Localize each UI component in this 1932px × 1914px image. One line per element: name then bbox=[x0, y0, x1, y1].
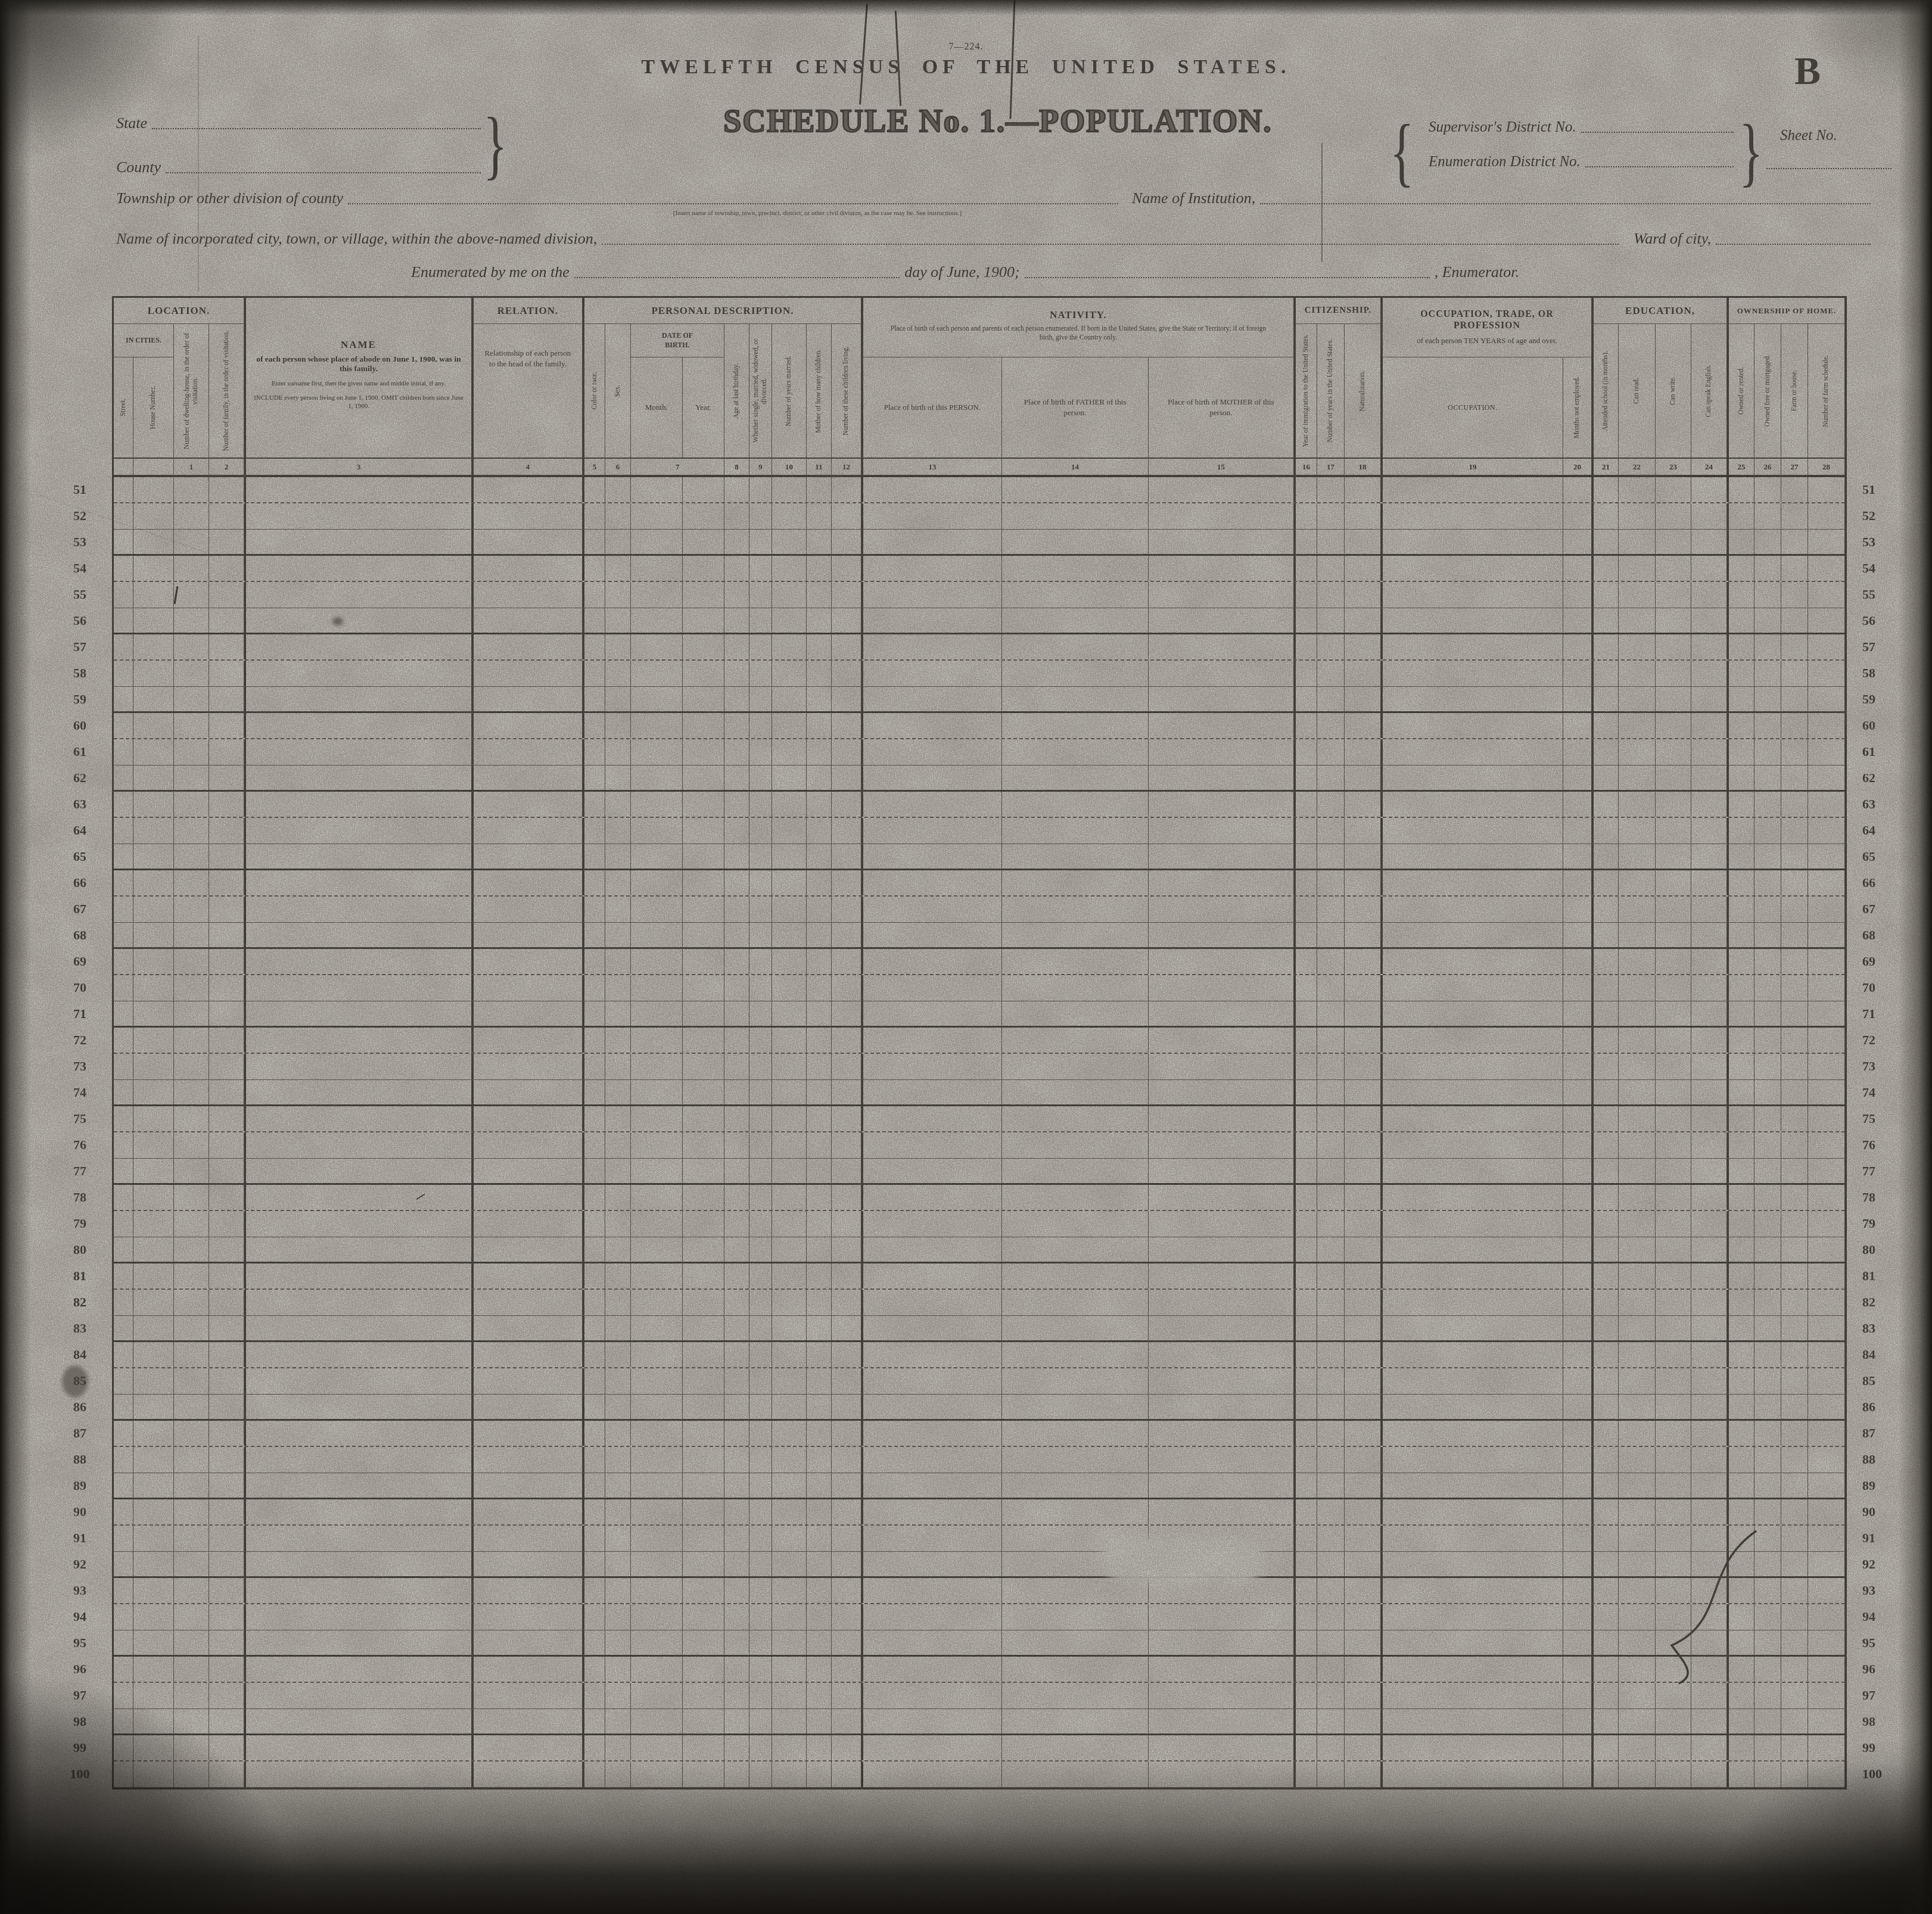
grid-cell bbox=[1727, 975, 1754, 1001]
grid-cell bbox=[724, 634, 749, 659]
grid-cell bbox=[1754, 739, 1781, 765]
grid-cell bbox=[1727, 1499, 1754, 1524]
grid-cell bbox=[605, 687, 631, 711]
grid-cell bbox=[133, 949, 174, 974]
grid-cell bbox=[1592, 1263, 1619, 1289]
grid-cell bbox=[1317, 1001, 1345, 1026]
grid-cell bbox=[1592, 1395, 1619, 1419]
grid-cell bbox=[1691, 582, 1727, 608]
grid-cell bbox=[1563, 765, 1592, 790]
grid-cell bbox=[807, 1657, 832, 1682]
grid-cell bbox=[1381, 687, 1563, 711]
grid-cell bbox=[1002, 687, 1149, 711]
grid-cell bbox=[174, 1237, 209, 1262]
grid-cell bbox=[1781, 1211, 1808, 1237]
grid-cell bbox=[631, 1185, 683, 1210]
grid-cell bbox=[832, 1604, 861, 1630]
grid-cell bbox=[807, 1237, 832, 1262]
grid-cell bbox=[583, 739, 605, 765]
table-row bbox=[114, 765, 1845, 792]
grid-cell bbox=[174, 1316, 209, 1340]
row-number: 95 bbox=[1862, 1630, 1908, 1657]
grid-cell bbox=[631, 503, 683, 529]
row-number: 94 bbox=[1862, 1604, 1908, 1630]
grid-cell bbox=[1002, 1263, 1149, 1289]
row-number: 85 bbox=[1862, 1368, 1908, 1395]
section-occupation: OCCUPATION, TRADE, OR PROFESSION of each… bbox=[1381, 298, 1592, 357]
grid-cell bbox=[832, 1709, 861, 1734]
grid-cell bbox=[605, 792, 631, 817]
grid-cell bbox=[1727, 1447, 1754, 1473]
grid-cell bbox=[1381, 1709, 1563, 1734]
grid-cell bbox=[114, 661, 133, 686]
column-number: 24 bbox=[1691, 458, 1727, 475]
column-number: 28 bbox=[1808, 458, 1845, 475]
grid-cell bbox=[631, 1316, 683, 1340]
grid-cell bbox=[1345, 477, 1381, 502]
grid-cell bbox=[1592, 1473, 1619, 1498]
grid-cell bbox=[1619, 1709, 1656, 1734]
grid-cell bbox=[209, 1185, 244, 1210]
grid-cell bbox=[1754, 582, 1781, 608]
grid-cell bbox=[1781, 582, 1808, 608]
table-row bbox=[114, 1604, 1845, 1630]
grid-cell bbox=[472, 1683, 583, 1708]
grid-cell bbox=[1002, 1578, 1149, 1603]
grid-cell bbox=[724, 1735, 749, 1760]
grid-cell bbox=[832, 792, 861, 817]
grid-cell bbox=[114, 1185, 133, 1210]
grid-cell bbox=[1294, 1604, 1317, 1630]
grid-cell bbox=[605, 844, 631, 869]
col-10-header: Number of years married. bbox=[772, 324, 807, 458]
grid-cell bbox=[1294, 713, 1317, 738]
grid-cell bbox=[1317, 923, 1345, 947]
grid-cell bbox=[1754, 634, 1781, 659]
grid-cell bbox=[174, 792, 209, 817]
grid-cell bbox=[133, 1447, 174, 1473]
grid-cell bbox=[114, 870, 133, 895]
grid-cell bbox=[1619, 1211, 1656, 1237]
grid-cell bbox=[1563, 1080, 1592, 1104]
grid-cell bbox=[1294, 1657, 1317, 1682]
grid-cell bbox=[1691, 1342, 1727, 1367]
grid-cell bbox=[1345, 949, 1381, 974]
grid-cell bbox=[1754, 1159, 1781, 1183]
grid-cell bbox=[1563, 1735, 1592, 1760]
grid-cell bbox=[724, 1001, 749, 1026]
grid-cell bbox=[605, 713, 631, 738]
grid-cell bbox=[1317, 792, 1345, 817]
grid-cell bbox=[1754, 1473, 1781, 1498]
grid-cell bbox=[209, 1368, 244, 1394]
grid-cell bbox=[244, 1211, 472, 1237]
grid-cell bbox=[1149, 923, 1294, 947]
grid-cell bbox=[1619, 503, 1656, 529]
grid-cell bbox=[1592, 556, 1619, 581]
grid-cell bbox=[749, 1263, 772, 1289]
grid-cell bbox=[1808, 1106, 1845, 1131]
grid-cell bbox=[1781, 1578, 1808, 1603]
grid-cell bbox=[1781, 713, 1808, 738]
grid-cell bbox=[605, 556, 631, 581]
grid-cell bbox=[174, 556, 209, 581]
grid-cell bbox=[749, 1054, 772, 1079]
ink-smudge bbox=[332, 617, 343, 625]
grid-cell bbox=[1592, 765, 1619, 790]
grid-cell bbox=[832, 1735, 861, 1760]
grid-cell bbox=[1619, 661, 1656, 686]
grid-cell bbox=[244, 530, 472, 554]
grid-cell bbox=[244, 1683, 472, 1708]
grid-cell bbox=[1691, 634, 1727, 659]
table-row bbox=[114, 1028, 1845, 1054]
grid-cell bbox=[583, 556, 605, 581]
grid-cell bbox=[174, 1683, 209, 1708]
grid-cell bbox=[583, 1263, 605, 1289]
grid-cell bbox=[832, 1552, 861, 1576]
grid-cell bbox=[1656, 1001, 1691, 1026]
grid-cell bbox=[772, 1421, 807, 1446]
grid-cell bbox=[1691, 1290, 1727, 1315]
grid-cell bbox=[832, 1028, 861, 1053]
grid-cell bbox=[1656, 1054, 1691, 1079]
grid-cell bbox=[1691, 765, 1727, 790]
row-number: 93 bbox=[1862, 1578, 1908, 1604]
grid-cell bbox=[583, 1526, 605, 1551]
grid-cell bbox=[1381, 1316, 1563, 1340]
row-number: 99 bbox=[52, 1735, 107, 1761]
grid-cell bbox=[1592, 1578, 1619, 1603]
table-row bbox=[114, 1630, 1845, 1657]
grid-cell bbox=[683, 923, 724, 947]
grid-cell bbox=[1619, 923, 1656, 947]
grid-cell bbox=[209, 1657, 244, 1682]
grid-cell bbox=[832, 1395, 861, 1419]
grid-cell bbox=[631, 1526, 683, 1551]
grid-cell bbox=[772, 1185, 807, 1210]
grid-cell bbox=[861, 1159, 1002, 1183]
grid-cell bbox=[1317, 687, 1345, 711]
grid-cell bbox=[605, 1473, 631, 1498]
grid-cell bbox=[1781, 1342, 1808, 1367]
grid-cell bbox=[1691, 608, 1727, 633]
grid-cell bbox=[1727, 1211, 1754, 1237]
grid-cell bbox=[1727, 1290, 1754, 1315]
grid-cell bbox=[807, 1185, 832, 1210]
grid-cell bbox=[133, 1132, 174, 1158]
grid-cell bbox=[861, 1290, 1002, 1315]
column-number: 17 bbox=[1317, 458, 1345, 475]
grid-cell bbox=[832, 687, 861, 711]
grid-cell bbox=[244, 818, 472, 844]
grid-cell bbox=[772, 870, 807, 895]
grid-cell bbox=[1345, 1499, 1381, 1524]
grid-cell bbox=[114, 1001, 133, 1026]
grid-cell bbox=[683, 1001, 724, 1026]
row-number: 56 bbox=[52, 608, 107, 634]
grid-cell bbox=[1002, 713, 1149, 738]
grid-cell bbox=[1381, 818, 1563, 844]
grid-cell bbox=[683, 1132, 724, 1158]
grid-cell bbox=[724, 792, 749, 817]
grid-cell bbox=[1381, 1159, 1563, 1183]
city-label: Name of incorporated city, town, or vill… bbox=[116, 230, 597, 248]
grid-cell bbox=[724, 1526, 749, 1551]
grid-cell bbox=[631, 975, 683, 1001]
grid-cell bbox=[724, 1761, 749, 1787]
grid-cell bbox=[1345, 1657, 1381, 1682]
grid-cell bbox=[1691, 1054, 1727, 1079]
grid-cell bbox=[174, 765, 209, 790]
grid-cell bbox=[1781, 1106, 1808, 1131]
grid-cell bbox=[1808, 582, 1845, 608]
grid-cell bbox=[772, 634, 807, 659]
table-row bbox=[114, 1159, 1845, 1185]
grid-cell bbox=[772, 1526, 807, 1551]
grid-cell bbox=[1656, 1106, 1691, 1131]
grid-cell bbox=[1754, 1761, 1781, 1787]
row-number: 54 bbox=[52, 556, 107, 582]
grid-cell bbox=[1592, 1604, 1619, 1630]
grid-cell bbox=[209, 556, 244, 581]
grid-cell bbox=[724, 1395, 749, 1419]
grid-cell bbox=[472, 608, 583, 633]
grid-cell bbox=[1381, 1761, 1563, 1787]
grid-cell bbox=[683, 687, 724, 711]
grid-cell bbox=[631, 1342, 683, 1367]
row-number: 80 bbox=[1862, 1237, 1908, 1263]
grid-cell bbox=[133, 818, 174, 844]
grid-cell bbox=[472, 1552, 583, 1576]
grid-cell bbox=[1691, 1263, 1727, 1289]
grid-cell bbox=[605, 765, 631, 790]
row-number: 89 bbox=[52, 1473, 107, 1499]
grid-cell bbox=[1345, 897, 1381, 922]
grid-cell bbox=[1381, 1552, 1563, 1576]
table-row bbox=[114, 556, 1845, 582]
supervisor-district-field: Supervisor's District No. bbox=[1429, 119, 1738, 136]
grid-cell bbox=[583, 1447, 605, 1473]
grid-cell bbox=[1808, 1290, 1845, 1315]
column-number-blank bbox=[114, 458, 133, 475]
grid-cell bbox=[772, 765, 807, 790]
grid-cell bbox=[1563, 975, 1592, 1001]
grid-cell bbox=[1592, 661, 1619, 686]
grid-cell bbox=[209, 1630, 244, 1655]
grid-cell bbox=[807, 1735, 832, 1760]
grid-cell bbox=[1002, 1368, 1149, 1394]
grid-cell bbox=[1002, 582, 1149, 608]
grid-cell bbox=[1592, 530, 1619, 554]
row-number: 84 bbox=[52, 1342, 107, 1368]
row-number: 94 bbox=[52, 1604, 107, 1630]
grid-cell bbox=[1149, 1709, 1294, 1734]
grid-cell bbox=[1317, 634, 1345, 659]
row-number: 91 bbox=[52, 1526, 107, 1552]
column-number: 6 bbox=[605, 458, 631, 475]
grid-cell bbox=[1149, 1001, 1294, 1026]
grid-cell bbox=[749, 739, 772, 765]
grid-cell bbox=[1317, 739, 1345, 765]
grid-cell bbox=[807, 923, 832, 947]
grid-cell bbox=[1619, 1106, 1656, 1131]
grid-cell bbox=[772, 1657, 807, 1682]
grid-cell bbox=[1381, 1080, 1563, 1104]
grid-cell bbox=[832, 1001, 861, 1026]
table-row bbox=[114, 1683, 1845, 1709]
grid-cell bbox=[1781, 1054, 1808, 1079]
grid-cell bbox=[1754, 608, 1781, 633]
grid-cell bbox=[1592, 1132, 1619, 1158]
grid-cell bbox=[683, 1106, 724, 1131]
grid-cell bbox=[605, 608, 631, 633]
row-number: 52 bbox=[1862, 503, 1908, 530]
grid-cell bbox=[832, 870, 861, 895]
grid-cell bbox=[1754, 1028, 1781, 1053]
grid-cell bbox=[114, 1054, 133, 1079]
grid-cell bbox=[1754, 1316, 1781, 1340]
grid-cell bbox=[1294, 1578, 1317, 1603]
grid-cell bbox=[1149, 503, 1294, 529]
grid-cell bbox=[1619, 1185, 1656, 1210]
grid-cell bbox=[583, 661, 605, 686]
grid-cell bbox=[472, 1028, 583, 1053]
grid-cell bbox=[133, 477, 174, 502]
grid-cell bbox=[683, 1683, 724, 1708]
grid-cell bbox=[244, 1316, 472, 1340]
grid-cell bbox=[772, 1290, 807, 1315]
left-brace: } bbox=[483, 106, 508, 183]
township-field: Township or other division of county bbox=[116, 189, 1123, 207]
name-subtitle: of each person whose place of abode on J… bbox=[252, 354, 465, 375]
grid-cell bbox=[807, 818, 832, 844]
grid-cell bbox=[1563, 949, 1592, 974]
grid-cell bbox=[832, 949, 861, 974]
grid-cell bbox=[772, 1028, 807, 1053]
grid-cell bbox=[1808, 1473, 1845, 1498]
row-number: 63 bbox=[52, 792, 107, 818]
grid-cell bbox=[1619, 792, 1656, 817]
grid-cell bbox=[1149, 1316, 1294, 1340]
grid-cell bbox=[244, 792, 472, 817]
grid-cell bbox=[472, 1578, 583, 1603]
grid-cell bbox=[1754, 1185, 1781, 1210]
grid-cell bbox=[133, 556, 174, 581]
grid-cell bbox=[772, 739, 807, 765]
grid-cell bbox=[683, 1316, 724, 1340]
row-number: 54 bbox=[1862, 556, 1908, 582]
grid-cell bbox=[472, 765, 583, 790]
grid-cell bbox=[749, 1185, 772, 1210]
grid-cell bbox=[832, 739, 861, 765]
grid-cell bbox=[1592, 1552, 1619, 1576]
grid-cell bbox=[1754, 530, 1781, 554]
grid-cell bbox=[1317, 1657, 1345, 1682]
table-row bbox=[114, 1211, 1845, 1237]
column-number: 12 bbox=[832, 458, 861, 475]
grid-cell bbox=[472, 1080, 583, 1104]
grid-cell bbox=[1002, 1735, 1149, 1760]
grid-cell bbox=[472, 1709, 583, 1734]
grid-cell bbox=[832, 1211, 861, 1237]
grid-cell bbox=[114, 844, 133, 869]
grid-cell bbox=[244, 1342, 472, 1367]
grid-cell bbox=[1781, 1630, 1808, 1655]
grid-cell bbox=[1691, 1368, 1727, 1394]
grid-cell bbox=[807, 556, 832, 581]
grid-cell bbox=[683, 582, 724, 608]
grid-cell bbox=[1619, 1526, 1656, 1551]
grid-cell bbox=[1563, 1368, 1592, 1394]
grid-cell bbox=[114, 1395, 133, 1419]
grid-cell bbox=[749, 923, 772, 947]
grid-cell bbox=[1002, 661, 1149, 686]
grid-cell bbox=[861, 818, 1002, 844]
grid-cell bbox=[583, 1630, 605, 1655]
grid-cell bbox=[1808, 1263, 1845, 1289]
grid-cell bbox=[1691, 1001, 1727, 1026]
grid-cell bbox=[772, 713, 807, 738]
grid-cell bbox=[174, 1159, 209, 1183]
grid-cell bbox=[1317, 556, 1345, 581]
grid-cell bbox=[1592, 739, 1619, 765]
grid-cell bbox=[832, 1054, 861, 1079]
grid-cell bbox=[472, 1447, 583, 1473]
grid-cell bbox=[1002, 975, 1149, 1001]
grid-cell bbox=[1563, 1499, 1592, 1524]
grid-cell bbox=[1781, 818, 1808, 844]
grid-cell bbox=[133, 739, 174, 765]
grid-cell bbox=[1317, 975, 1345, 1001]
grid-cell bbox=[1317, 1028, 1345, 1053]
column-number: 15 bbox=[1149, 458, 1294, 475]
grid-cell bbox=[1808, 1447, 1845, 1473]
grid-cell bbox=[1808, 1185, 1845, 1210]
state-label: State bbox=[116, 114, 147, 132]
fold-line bbox=[198, 36, 199, 292]
grid-cell bbox=[1727, 503, 1754, 529]
grid-cell bbox=[1592, 477, 1619, 502]
grid-cell bbox=[1808, 1657, 1845, 1682]
grid-cell bbox=[861, 582, 1002, 608]
grid-cell bbox=[1002, 1499, 1149, 1524]
grid-cell bbox=[1781, 975, 1808, 1001]
grid-cell bbox=[1381, 1657, 1563, 1682]
row-number: 92 bbox=[1862, 1552, 1908, 1578]
grid-cell bbox=[133, 870, 174, 895]
grid-cell bbox=[174, 1368, 209, 1394]
grid-cell bbox=[244, 634, 472, 659]
grid-cell bbox=[133, 687, 174, 711]
grid-cell bbox=[1808, 1499, 1845, 1524]
grid-cell bbox=[605, 634, 631, 659]
grid-cell bbox=[1381, 1578, 1563, 1603]
grid-cell bbox=[861, 713, 1002, 738]
grid-cell bbox=[133, 530, 174, 554]
grid-cell bbox=[1619, 1054, 1656, 1079]
grid-cell bbox=[1619, 1368, 1656, 1394]
grid-cell bbox=[1002, 818, 1149, 844]
grid-cell bbox=[1002, 1447, 1149, 1473]
grid-cell bbox=[807, 1080, 832, 1104]
grid-cell bbox=[1563, 1447, 1592, 1473]
grid-cell bbox=[724, 1578, 749, 1603]
grid-cell bbox=[749, 1132, 772, 1158]
column-number: 20 bbox=[1563, 458, 1592, 475]
row-number: 62 bbox=[1862, 765, 1908, 792]
grid-cell bbox=[832, 1263, 861, 1289]
